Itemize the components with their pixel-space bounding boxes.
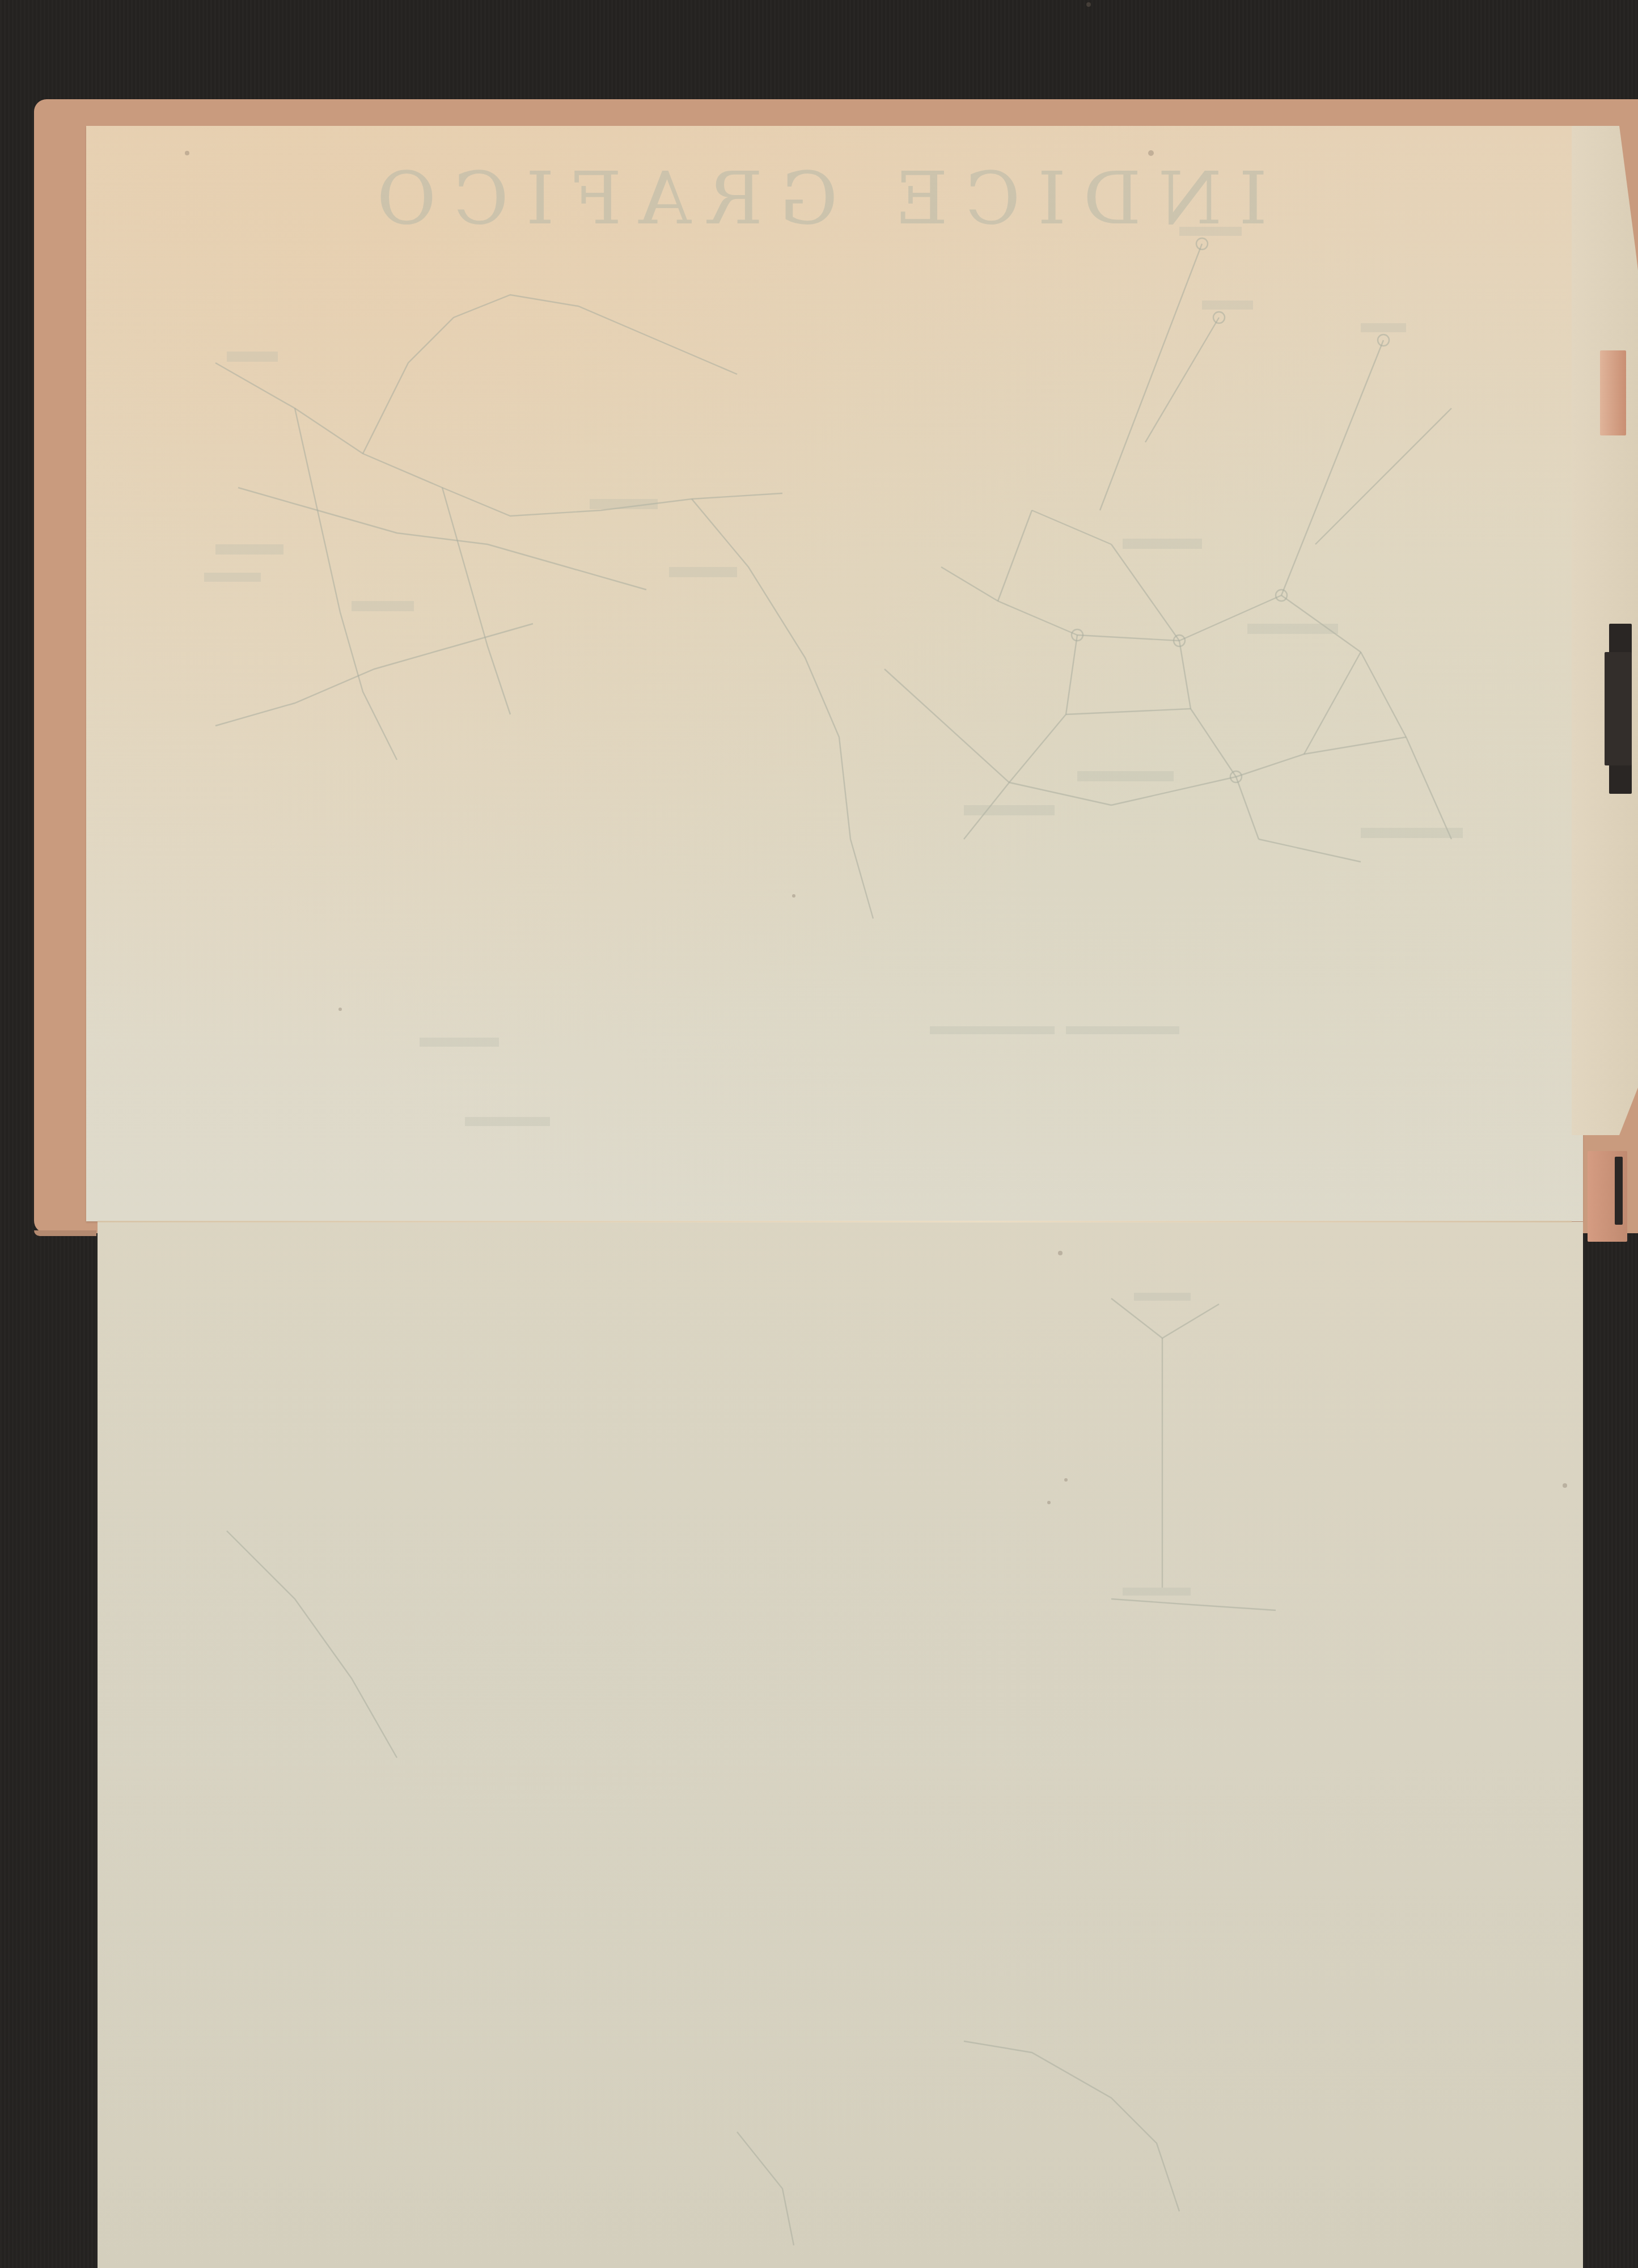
bleedthrough-heading: INDICE GRAFICO xyxy=(465,159,1162,238)
map-sheet-upper-panel xyxy=(86,126,1583,1221)
sheet-fold-crease xyxy=(98,1221,1572,1222)
binding-tab-dark-inner xyxy=(1605,652,1632,765)
binding-tab-bottom-strip xyxy=(1615,1157,1623,1225)
map-sheet-lower-panel xyxy=(98,1222,1583,2268)
binding-tab-top xyxy=(1600,350,1626,435)
cover-lower-edge xyxy=(34,1230,96,1236)
